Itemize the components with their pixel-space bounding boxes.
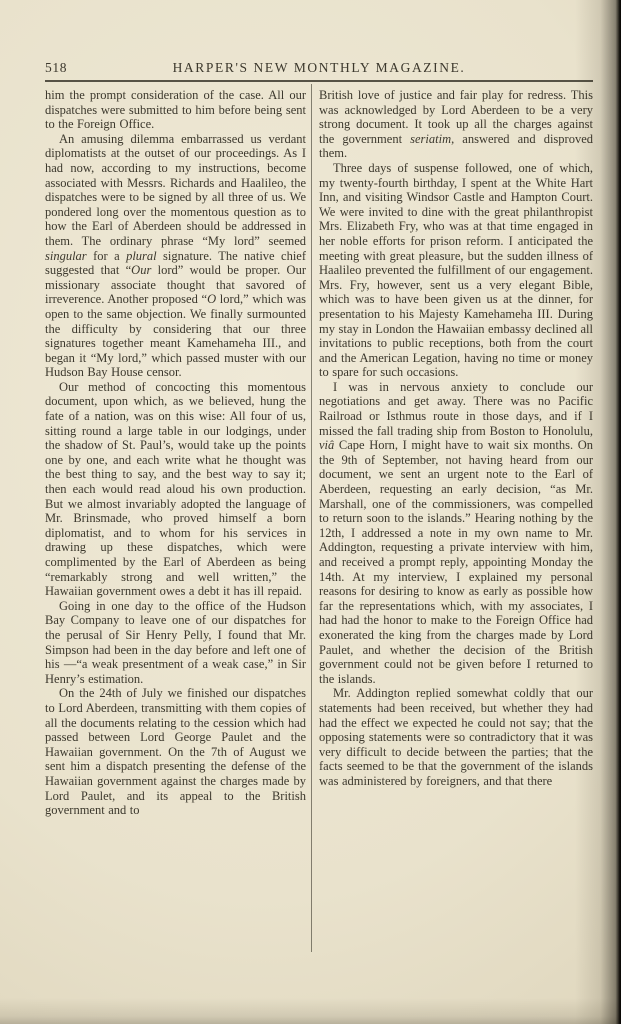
page-edge-shadow [575, 0, 621, 1024]
page-bottom-shadow [0, 998, 621, 1024]
paragraph: I was in nervous anxiety to conclude our… [319, 380, 593, 686]
magazine-page: 518 HARPER'S NEW MONTHLY MAGAZINE. him t… [0, 0, 621, 1024]
header-title: HARPER'S NEW MONTHLY MAGAZINE. [45, 60, 593, 76]
paragraph: Three days of suspense followed, one of … [319, 161, 593, 380]
paragraph: British love of justice and fair play fo… [319, 88, 593, 161]
column-divider [311, 84, 312, 952]
header-rule [45, 80, 593, 82]
paragraph: On the 24th of July we finished our disp… [45, 686, 306, 817]
paragraph: him the prompt consideration of the case… [45, 88, 306, 132]
text-column-right: British love of justice and fair play fo… [319, 88, 593, 954]
paragraph: Going in one day to the office of the Hu… [45, 599, 306, 687]
paragraph: Mr. Addington replied somewhat coldly th… [319, 686, 593, 788]
text-column-left: him the prompt consideration of the case… [45, 88, 306, 954]
paragraph: Our method of concocting this momentous … [45, 380, 306, 599]
paragraph: An amusing dilemma embarrassed us verdan… [45, 132, 306, 380]
running-head: 518 HARPER'S NEW MONTHLY MAGAZINE. [45, 60, 593, 80]
